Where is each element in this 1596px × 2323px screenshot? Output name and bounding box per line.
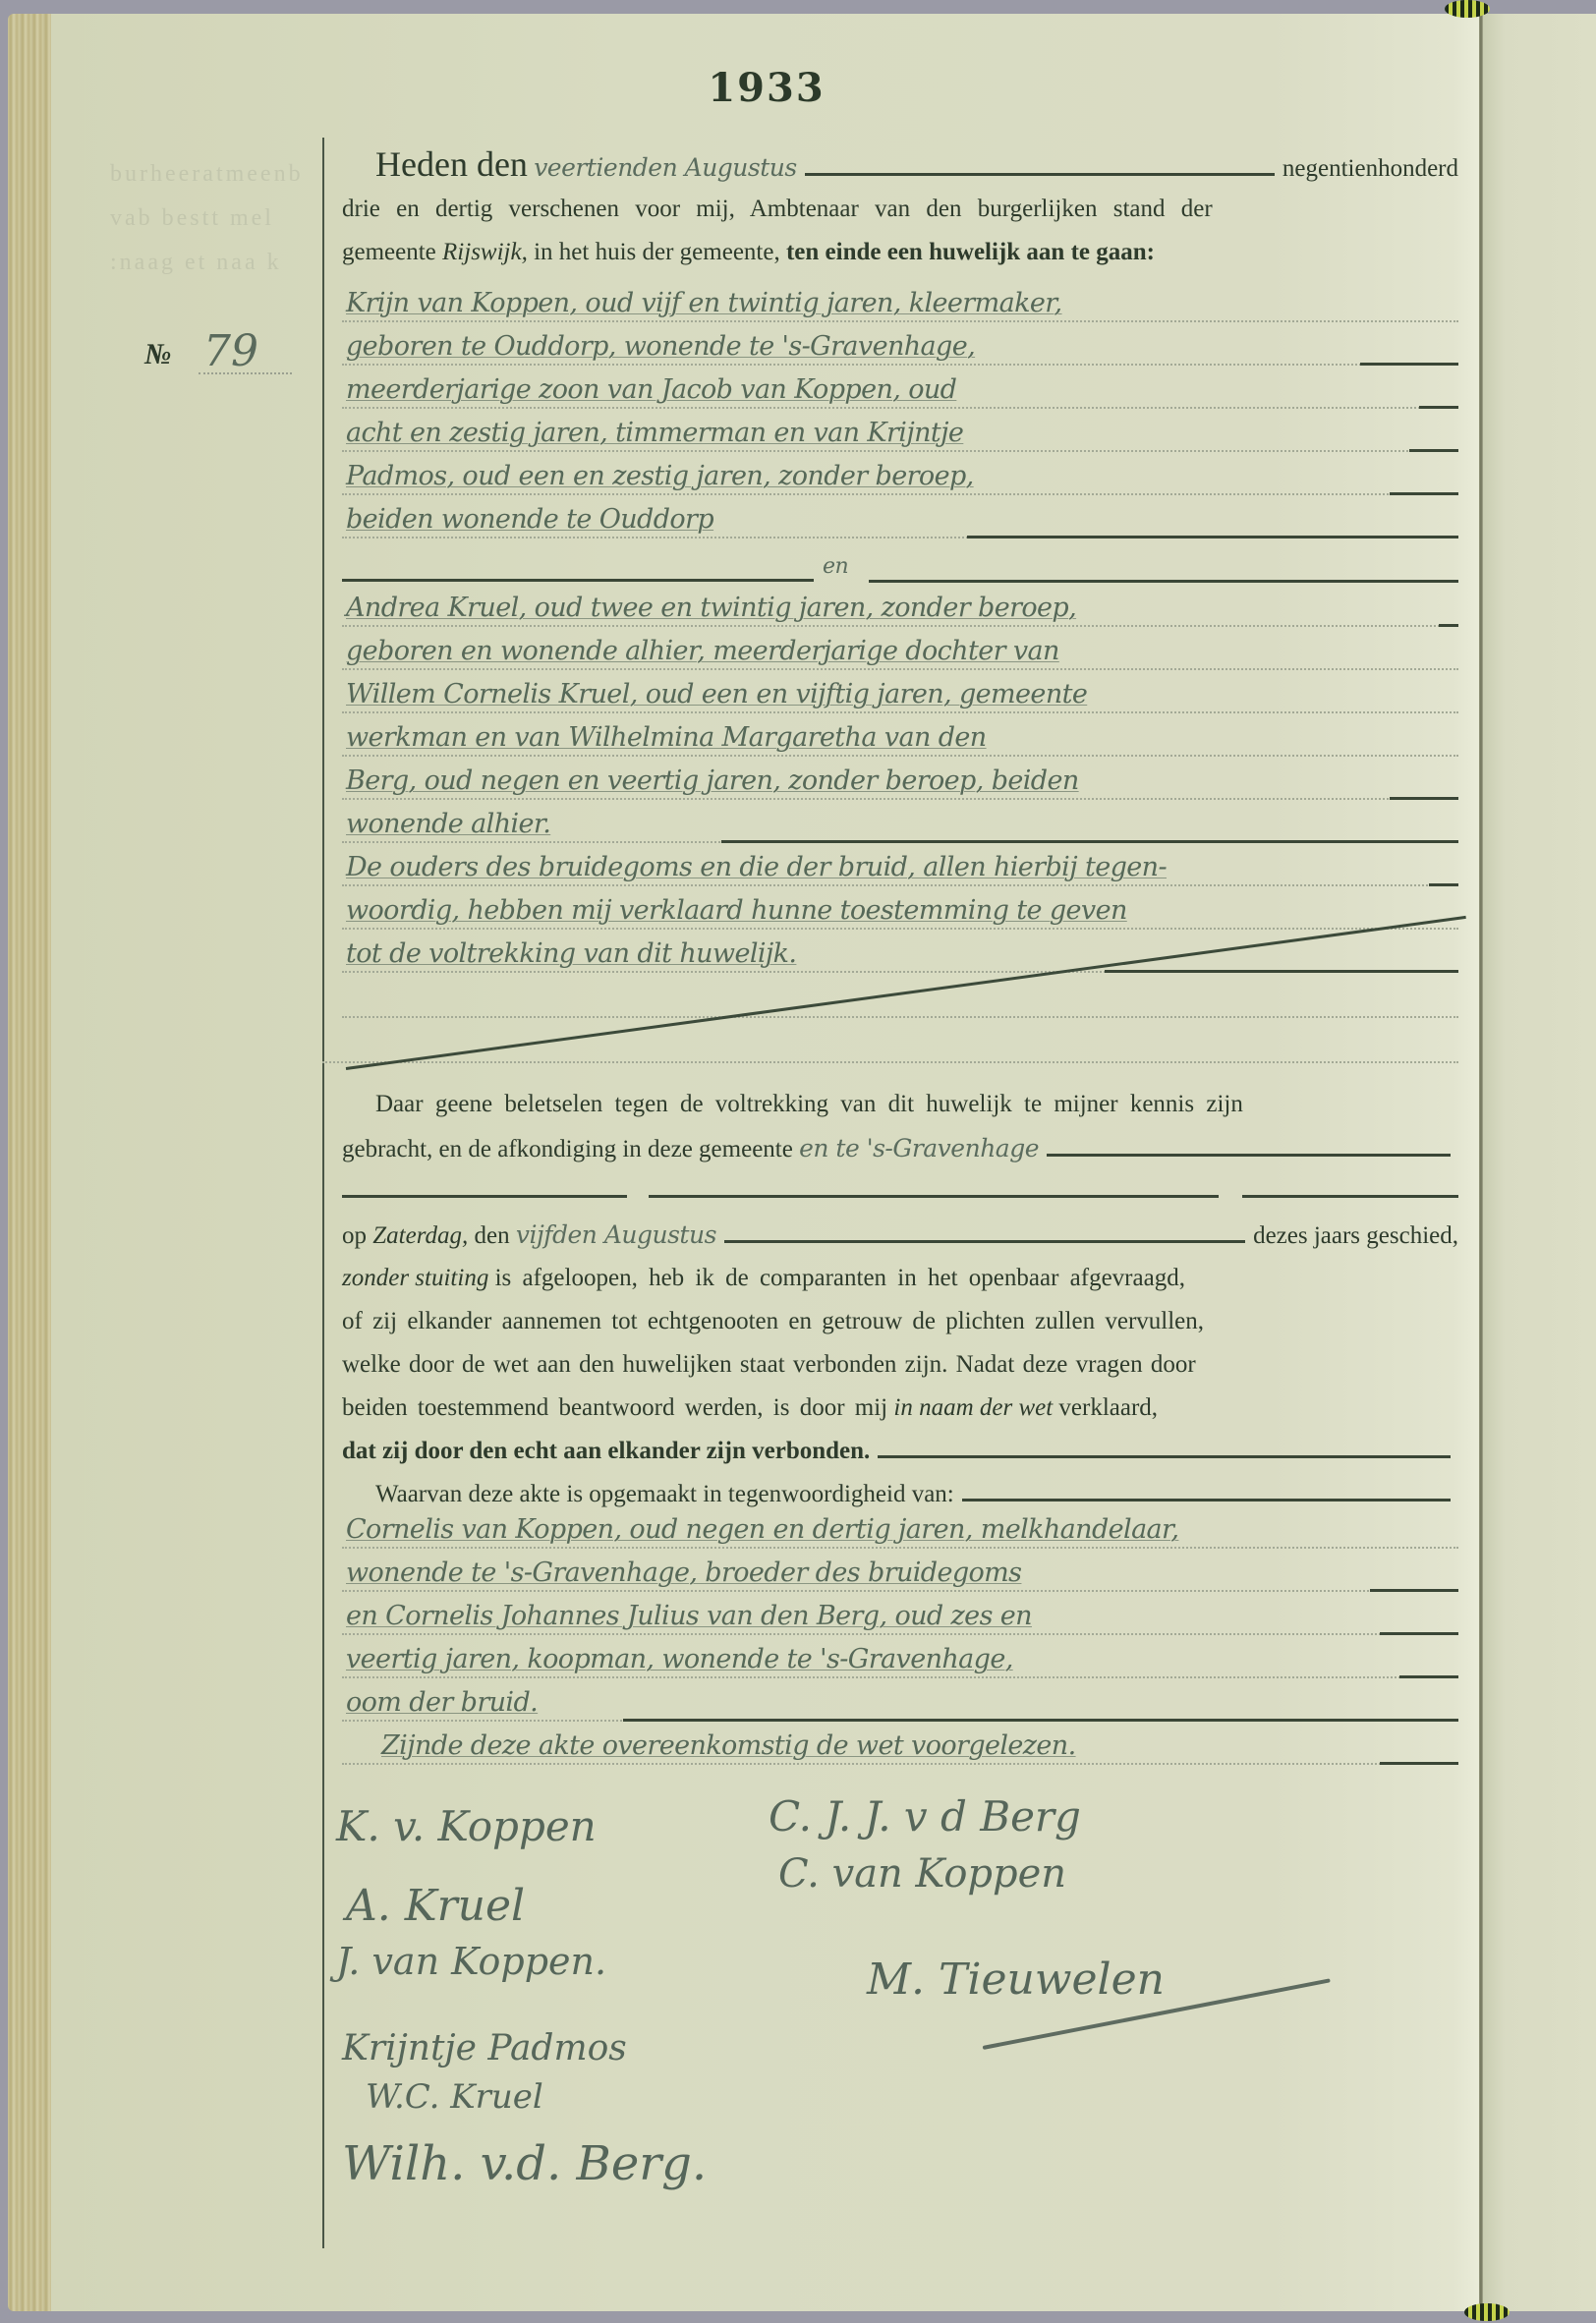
facing-page-edge bbox=[1482, 14, 1596, 2311]
bride-line: wonende alhier. bbox=[342, 802, 1458, 843]
printed-line-waarvan: Waarvan deze akte is opgemaakt in tegenw… bbox=[375, 1480, 1458, 1509]
fill-rule bbox=[1380, 1762, 1458, 1765]
printed-line-heden: Heden den veertienden Augustus negentien… bbox=[375, 149, 1458, 184]
printed-text-bold: ten einde een huwelijk aan te gaan: bbox=[786, 239, 1155, 265]
printed-line-daar: Daar geene beletselen tegen de voltrekki… bbox=[375, 1090, 1458, 1119]
printed-line-zaterdag: op Zaterdag, den vijfden Augustus dezes … bbox=[342, 1220, 1458, 1251]
printed-text: is afgeloopen, heb ik de comparanten in … bbox=[495, 1265, 1185, 1291]
margin-rule bbox=[322, 138, 324, 2248]
printed-line-welke: welke door de wet aan den huwelijken sta… bbox=[342, 1350, 1458, 1380]
printed-text: gemeente bbox=[342, 239, 436, 265]
fill-rule bbox=[1105, 970, 1458, 973]
book-gutter bbox=[1479, 14, 1483, 2311]
fill-rule bbox=[1429, 883, 1458, 886]
fill-rule bbox=[805, 173, 1275, 176]
fill-rule bbox=[342, 1195, 627, 1198]
groom-line: beiden wonende te Ouddorp bbox=[342, 497, 1458, 538]
handwritten-text: De ouders des bruidegoms en die der brui… bbox=[346, 852, 1167, 882]
printed-text: den bbox=[475, 1222, 510, 1249]
fill-rule bbox=[1242, 1195, 1458, 1198]
separator-rule bbox=[342, 579, 814, 582]
signature: K. v. Koppen bbox=[336, 1802, 597, 1850]
bride-line: De ouders des bruidegoms en die der brui… bbox=[342, 845, 1458, 886]
bride-line: geboren en wonende alhier, meerderjarige… bbox=[342, 629, 1458, 670]
handwritten-text: en Cornelis Johannes Julius van den Berg… bbox=[346, 1601, 1032, 1631]
signature: Wilh. v.d. Berg. bbox=[342, 2136, 707, 2191]
witness-line: Zijnde deze akte overeenkomstig de wet v… bbox=[342, 1724, 1458, 1765]
fill-rule bbox=[623, 1719, 1458, 1722]
guide-dotted-line bbox=[342, 1016, 1458, 1018]
printed-text: drie en dertig verschenen voor mij, Ambt… bbox=[342, 195, 1213, 224]
signature: W.C. Kruel bbox=[366, 2077, 543, 2117]
bleed-through-text: vab bestt mel bbox=[110, 205, 274, 232]
signature: A. Kruel bbox=[346, 1881, 525, 1931]
signature: Krijntje Padmos bbox=[342, 2028, 627, 2068]
fill-rule bbox=[1047, 1154, 1451, 1157]
handwritten-text: beiden wonende te Ouddorp bbox=[346, 504, 713, 535]
printed-text: in het huis der gemeente, bbox=[534, 239, 780, 265]
groom-line: meerderjarige zoon van Jacob van Koppen,… bbox=[342, 368, 1458, 409]
signature: J. van Koppen. bbox=[336, 1940, 606, 1983]
bride-line: tot de voltrekking van dit huwelijk. bbox=[342, 932, 1458, 973]
bride-line: woordig, hebben mij verklaard hunne toes… bbox=[342, 888, 1458, 930]
handwritten-text: Willem Cornelis Kruel, oud een en vijfti… bbox=[346, 679, 1087, 709]
handwritten-text: Padmos, oud een en zestig jaren, zonder … bbox=[346, 461, 974, 491]
handwritten-text: Zijnde deze akte overeenkomstig de wet v… bbox=[381, 1730, 1076, 1761]
printed-text: of zij elkander aannemen tot echtgenoote… bbox=[342, 1307, 1204, 1336]
handwritten-text: veertig jaren, koopman, wonende te 's-Gr… bbox=[346, 1644, 1013, 1674]
handwritten-text: werkman en van Wilhelmina Margaretha van… bbox=[346, 722, 987, 753]
separator-rule bbox=[869, 580, 1458, 583]
act-number: 79 bbox=[203, 326, 258, 376]
printed-text: Daar geene beletselen tegen de voltrekki… bbox=[375, 1090, 1243, 1119]
printed-text: op bbox=[342, 1222, 367, 1249]
printed-line-of-zij: of zij elkander aannemen tot echtgenoote… bbox=[342, 1307, 1458, 1336]
handwritten-text: wonende te 's-Gravenhage, broeder des br… bbox=[346, 1558, 1021, 1588]
groom-line: geboren te Ouddorp, wonende te 's-Graven… bbox=[342, 324, 1458, 366]
handwritten-text: acht en zestig jaren, timmerman en van K… bbox=[346, 418, 963, 448]
handwritten-text: wonende alhier. bbox=[346, 809, 550, 839]
fill-rule bbox=[721, 840, 1458, 843]
handwritten-text: Andrea Kruel, oud twee en twintig jaren,… bbox=[346, 593, 1076, 623]
municipality-name: Rijswijk, bbox=[442, 239, 528, 265]
fill-rule bbox=[649, 1195, 1219, 1198]
printed-text: beiden toestemmend beantwoord werden, is… bbox=[342, 1394, 887, 1421]
handwritten-text: Berg, oud negen en veertig jaren, zonder… bbox=[346, 765, 1079, 796]
fill-rule bbox=[1370, 1589, 1458, 1592]
printed-line-gebracht: gebracht, en de afkondiging in deze geme… bbox=[342, 1134, 1458, 1164]
register-page: burheeratmeenb vab bestt mel :naag et na… bbox=[51, 14, 1482, 2311]
printed-text: welke door de wet aan den huwelijken sta… bbox=[342, 1350, 1196, 1380]
bleed-through-text: :naag et naa k bbox=[110, 250, 282, 276]
groom-line: acht en zestig jaren, timmerman en van K… bbox=[342, 411, 1458, 452]
heden-prefix: Heden den bbox=[375, 144, 528, 184]
handwritten-text: Krijn van Koppen, oud vijf en twintig ja… bbox=[346, 288, 1062, 318]
printed-text: dezes jaars geschied, bbox=[1253, 1221, 1458, 1251]
handwritten-text: meerderjarige zoon van Jacob van Koppen,… bbox=[346, 374, 956, 405]
fill-rule bbox=[1439, 624, 1458, 627]
act-number-label: № bbox=[144, 338, 171, 371]
handwritten-text: tot de voltrekking van dit huwelijk. bbox=[346, 938, 796, 969]
fill-rule bbox=[1360, 363, 1458, 366]
handwritten-text: geboren en wonende alhier, meerderjarige… bbox=[346, 636, 1059, 666]
printed-text-bold: dat zij door den echt aan elkander zijn … bbox=[342, 1437, 870, 1466]
fill-rule bbox=[1390, 797, 1458, 800]
bride-line: werkman en van Wilhelmina Margaretha van… bbox=[342, 715, 1458, 757]
marriage-date-fill: veertienden Augustus bbox=[534, 153, 797, 182]
fill-rule bbox=[1390, 492, 1458, 495]
fill-rule bbox=[1399, 1675, 1458, 1678]
binding-clip-top bbox=[1445, 0, 1490, 18]
printed-line-dat-zij: dat zij door den echt aan elkander zijn … bbox=[342, 1437, 1458, 1466]
bride-line: Berg, oud negen en veertig jaren, zonder… bbox=[342, 759, 1458, 800]
witness-line: oom der bruid. bbox=[342, 1680, 1458, 1722]
printed-text: verklaard, bbox=[1058, 1394, 1158, 1421]
fill-rule bbox=[1419, 406, 1458, 409]
printed-text: gebracht, en de afkondiging in deze geme… bbox=[342, 1136, 793, 1162]
handwritten-text: woordig, hebben mij verklaard hunne toes… bbox=[346, 895, 1127, 926]
printed-text-italic: zonder stuiting bbox=[342, 1265, 488, 1291]
witness-line: en Cornelis Johannes Julius van den Berg… bbox=[342, 1594, 1458, 1635]
fill-rule bbox=[724, 1240, 1245, 1243]
printed-line-beiden: beiden toestemmend beantwoord werden, is… bbox=[342, 1393, 1458, 1423]
witness-line: veertig jaren, koopman, wonende te 's-Gr… bbox=[342, 1637, 1458, 1678]
printed-line-drie: drie en dertig verschenen voor mij, Ambt… bbox=[342, 195, 1458, 224]
announcement-date-fill: vijfden Augustus bbox=[516, 1220, 716, 1249]
bride-line: Willem Cornelis Kruel, oud een en vijfti… bbox=[342, 672, 1458, 713]
heden-suffix: negentienhonderd bbox=[1282, 154, 1458, 184]
separator-word: en bbox=[823, 554, 848, 579]
printed-line-gemeente: gemeente Rijswijk, in het huis der gemee… bbox=[342, 238, 1458, 267]
fill-rule bbox=[878, 1455, 1451, 1458]
fill-rule bbox=[967, 536, 1458, 538]
binding-clip-bottom bbox=[1464, 2303, 1510, 2321]
bride-line: Andrea Kruel, oud twee en twintig jaren,… bbox=[342, 586, 1458, 627]
groom-line: Krijn van Koppen, oud vijf en twintig ja… bbox=[342, 281, 1458, 322]
guide-dotted-line bbox=[322, 1061, 1458, 1063]
page-year: 1933 bbox=[51, 65, 1482, 111]
fill-rule bbox=[962, 1499, 1451, 1501]
bleed-through-text: burheeratmeenb bbox=[110, 161, 304, 188]
witness-line: wonende te 's-Gravenhage, broeder des br… bbox=[342, 1551, 1458, 1592]
handwritten-text: geboren te Ouddorp, wonende te 's-Graven… bbox=[346, 331, 975, 362]
registrar-signature: M. Tieuwelen bbox=[867, 1955, 1165, 2005]
announcement-place-fill: en te 's-Gravenhage bbox=[799, 1134, 1039, 1162]
fill-rule bbox=[1409, 449, 1458, 452]
signature: C. J. J. v d Berg bbox=[769, 1792, 1081, 1841]
handwritten-text: oom der bruid. bbox=[346, 1687, 538, 1718]
printed-line-zonder: zonder stuiting is afgeloopen, heb ik de… bbox=[342, 1264, 1458, 1293]
printed-text-italic: in naam der wet bbox=[893, 1394, 1053, 1421]
signature: C. van Koppen bbox=[778, 1851, 1066, 1897]
fill-rule bbox=[1380, 1632, 1458, 1635]
witness-line: Cornelis van Koppen, oud negen en dertig… bbox=[342, 1507, 1458, 1549]
groom-line: Padmos, oud een en zestig jaren, zonder … bbox=[342, 454, 1458, 495]
act-number-dots bbox=[199, 372, 292, 374]
printed-text: Waarvan deze akte is opgemaakt in tegenw… bbox=[375, 1480, 954, 1509]
weekday: Zaterdag, bbox=[372, 1222, 468, 1249]
handwritten-text: Cornelis van Koppen, oud negen en dertig… bbox=[346, 1514, 1178, 1545]
